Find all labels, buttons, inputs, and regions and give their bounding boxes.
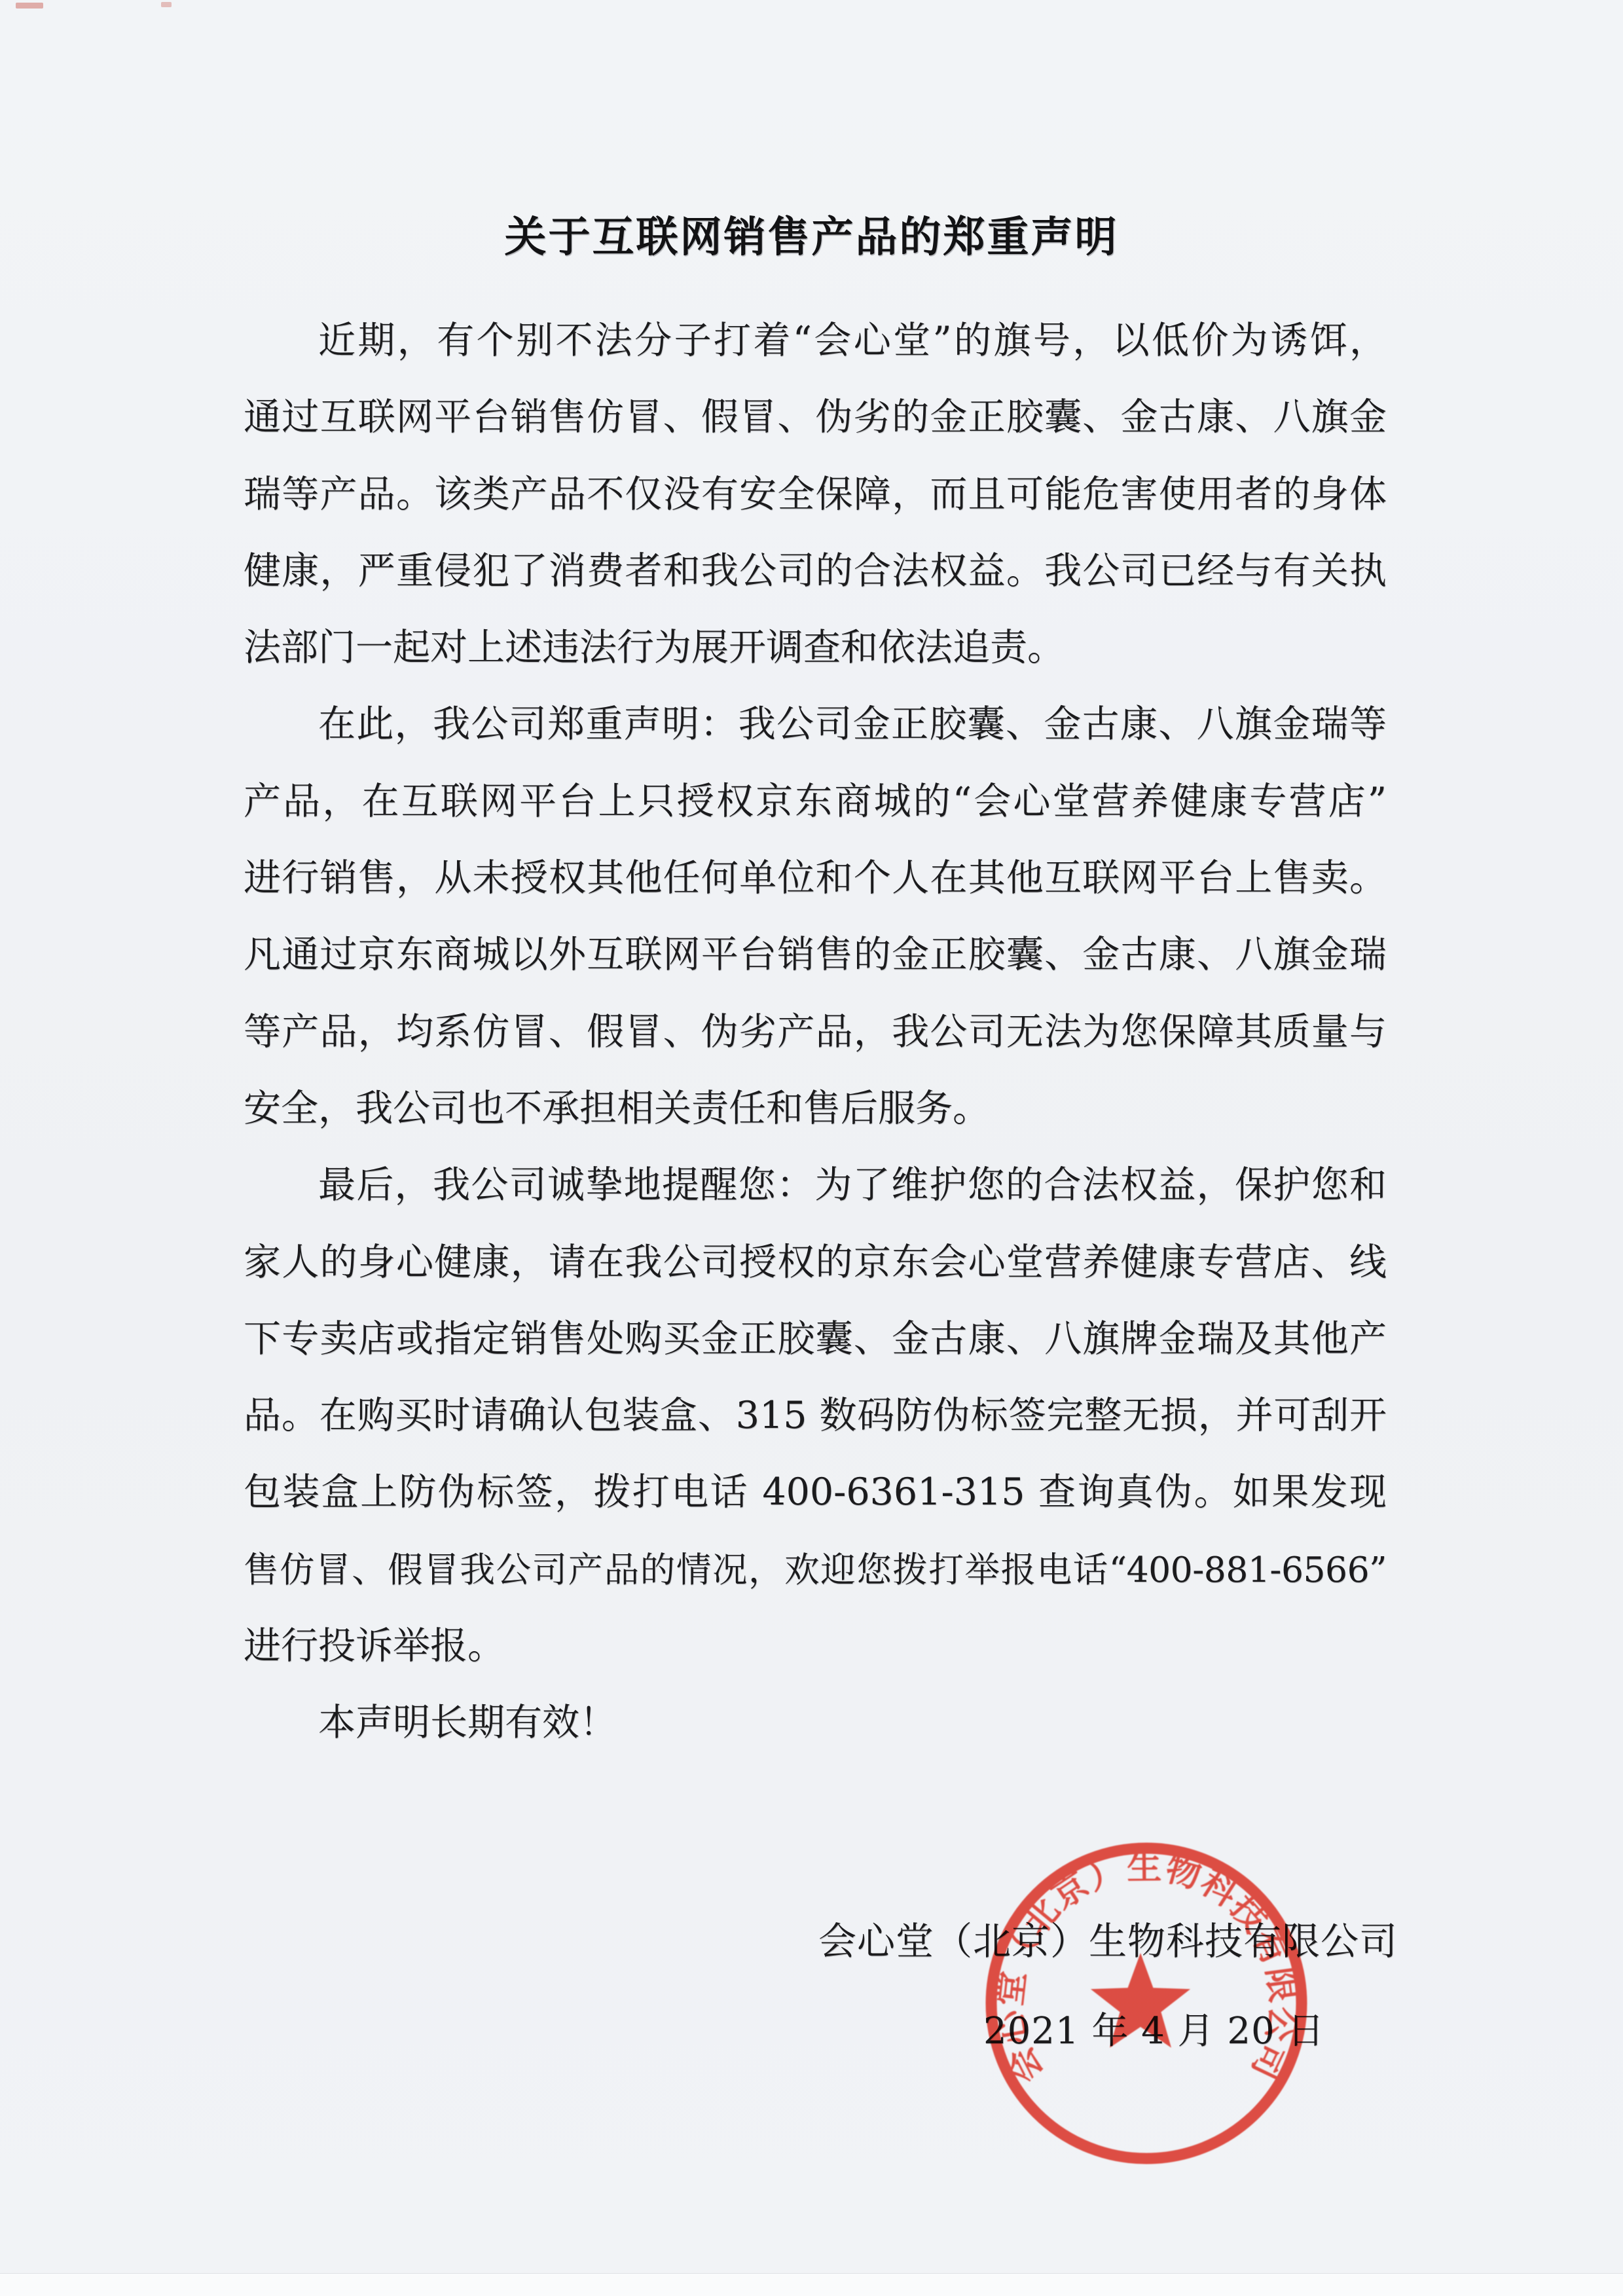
body-line: 在此，我公司郑重声明：我公司金正胶囊、金古康、八旗金瑞等 — [244, 686, 1387, 763]
body-line: 本声明长期有效！ — [244, 1685, 1387, 1761]
company-seal-stamp: 会心堂（北京）生物科技有限公司 — [960, 1817, 1333, 2191]
body-line: 进行销售，从未授权其他任何单位和个人在其他互联网平台上售卖。 — [244, 840, 1387, 917]
scan-artifact — [16, 3, 43, 9]
scan-artifact — [161, 2, 172, 7]
statement-body: 近期，有个别不法分子打着“会心堂”的旗号，以低价为诱饵， 通过互联网平台销售仿冒… — [244, 302, 1387, 1762]
scan-bottom-edge — [0, 2273, 1623, 2296]
page-title: 关于互联网销售产品的郑重声明 — [0, 196, 1623, 278]
body-line: 品。在购买时请确认包装盒、315 数码防伪标签完整无损，并可刮开 — [244, 1377, 1387, 1454]
body-line: 凡通过京东商城以外互联网平台销售的金正胶囊、金古康、八旗金瑞 — [244, 917, 1387, 993]
seal-star-icon — [1091, 1953, 1190, 2048]
body-line: 产品，在互联网平台上只授权京东商城的“会心堂营养健康专营店” — [244, 763, 1387, 840]
body-line: 进行投诉举报。 — [244, 1608, 1387, 1685]
body-line: 通过互联网平台销售仿冒、假冒、伪劣的金正胶囊、金古康、八旗金 — [244, 379, 1387, 456]
body-line: 家人的身心健康，请在我公司授权的京东会心堂营养健康专营店、线 — [244, 1224, 1387, 1301]
scanned-statement-page: 关于互联网销售产品的郑重声明 近期，有个别不法分子打着“会心堂”的旗号，以低价为… — [0, 0, 1623, 2296]
body-line: 安全，我公司也不承担相关责任和售后服务。 — [244, 1070, 1387, 1147]
body-line: 下专卖店或指定销售处购买金正胶囊、金古康、八旗牌金瑞及其他产 — [244, 1301, 1387, 1377]
body-line: 瑞等产品。该类产品不仅没有安全保障，而且可能危害使用者的身体 — [244, 456, 1387, 533]
body-line: 包装盒上防伪标签，拨打电话 400-6361-315 查询真伪。如果发现销 — [244, 1454, 1387, 1531]
body-line: 最后，我公司诚挚地提醒您：为了维护您的合法权益，保护您和 — [244, 1147, 1387, 1224]
body-line: 售仿冒、假冒我公司产品的情况，欢迎您拨打举报电话“400-881-6566” — [244, 1531, 1387, 1608]
body-line: 近期，有个别不法分子打着“会心堂”的旗号，以低价为诱饵， — [244, 302, 1387, 379]
body-line: 等产品，均系仿冒、假冒、伪劣产品，我公司无法为您保障其质量与 — [244, 994, 1387, 1070]
body-line: 法部门一起对上述违法行为展开调查和依法追责。 — [244, 610, 1387, 686]
body-line: 健康，严重侵犯了消费者和我公司的合法权益。我公司已经与有关执 — [244, 533, 1387, 610]
seal-company-text: 会心堂（北京）生物科技有限公司 — [989, 1848, 1303, 2090]
